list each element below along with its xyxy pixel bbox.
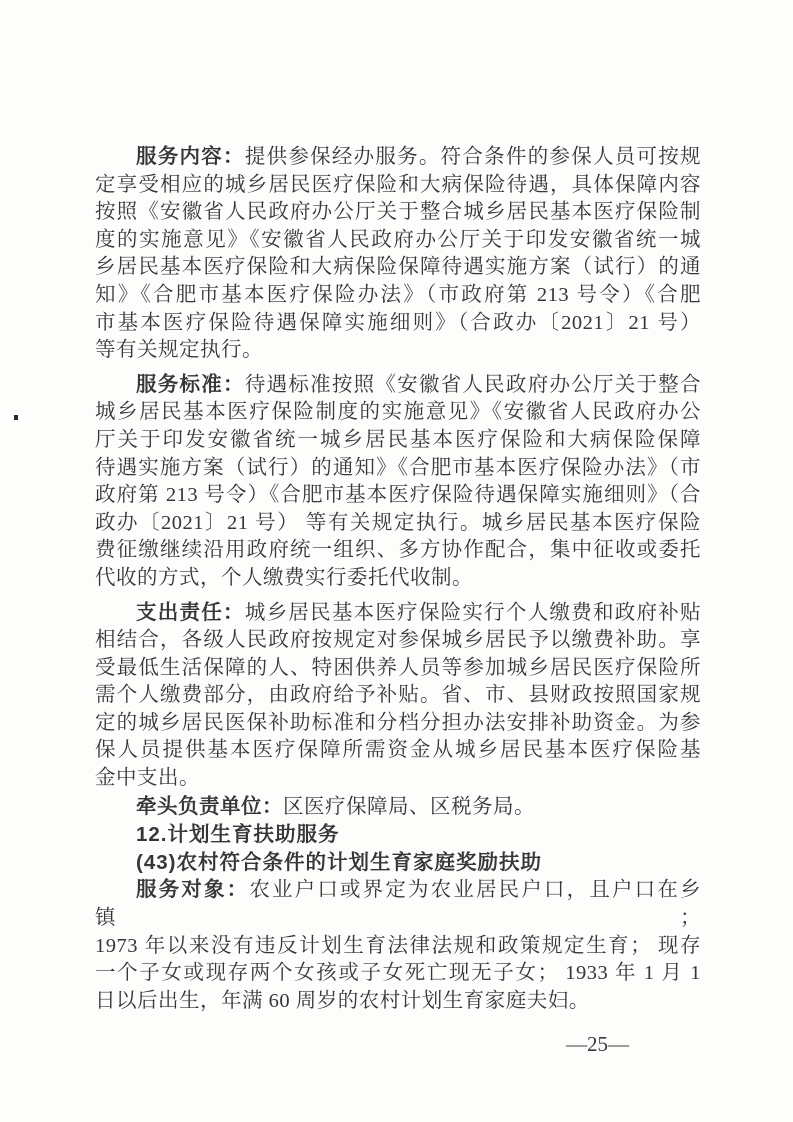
text-line: 一个子女或现存两个女孩或子女死亡现无子女； 1933 年 1 月 1 [95,960,701,988]
text-line: 服务内容：提供参保经办服务。符合条件的参保人员可按规 [95,143,701,172]
text-line: 待遇实施方案（试行）的通知》《合肥市基本医疗保险办法》（市 [95,455,701,483]
text-line: 政府第 213 号令）《合肥市基本医疗保险待遇保障实施细则》（合 [95,482,701,510]
section-heading: (43)农村符合条件的计划生育家庭奖励扶助 [95,849,701,877]
document-body: 服务内容：提供参保经办服务。符合条件的参保人员可按规定享受相应的城乡居民医疗保险… [95,143,701,1015]
section-heading: 12.计划生育扶助服务 [95,821,701,849]
text-line: 按照《安徽省人民政府办公厅关于整合城乡居民基本医疗保险制 [95,199,701,227]
text-line: 厅关于印发安徽省统一城乡居民基本医疗保险和大病保险保障 [95,427,701,455]
page-number: —25— [566,1032,629,1057]
text-line: 度的实施意见》《安徽省人民政府办公厅关于印发安徽省统一城 [95,227,701,255]
text-line: 相结合，各级人民政府按规定对参保城乡居民予以缴费补助。享 [95,627,701,655]
scanned-document-page: 服务内容：提供参保经办服务。符合条件的参保人员可按规定享受相应的城乡居民医疗保险… [0,0,793,1122]
text-line: 服务标准：待遇标准按照《安徽省人民政府办公厅关于整合 [95,371,701,400]
paragraph-text: 提供参保经办服务。符合条件的参保人员可按规 [245,146,701,168]
paragraph-label: 支出责任： [136,601,245,624]
text-line: 日以后出生，年满 60 周岁的农村计划生育家庭夫妇。 [95,988,701,1016]
paragraph-text: 区医疗保障局、区税务局。 [283,796,535,818]
text-line: 等有关规定执行。 [95,337,701,365]
text-line: 政办〔2021〕21 号） 等有关规定执行。城乡居民基本医疗保险 [95,510,701,538]
text-line: 定享受相应的城乡居民医疗保险和大病保险待遇，具体保障内容 [95,172,701,200]
paragraph-text: 城乡居民基本医疗保险实行个人缴费和政府补贴 [245,602,701,624]
text-line: 牵头负责单位：区医疗保障局、区税务局。 [95,793,701,822]
text-line: 服务对象：农业户口或界定为农业居民户口，且户口在乡镇； [95,876,701,932]
text-line: 1973 年以来没有违反计划生育法律法规和政策规定生育； 现存 [95,933,701,961]
text-line: 费征缴继续沿用政府统一组织、多方协作配合，集中征收或委托 [95,537,701,565]
paragraph-text: 待遇标准按照《安徽省人民政府办公厅关于整合 [245,374,701,396]
text-line: 受最低生活保障的人、特困供养人员等参加城乡居民医疗保险所 [95,655,701,683]
paragraph-label: 服务内容： [136,145,245,168]
text-line: 保人员提供基本医疗保障所需资金从城乡居民基本医疗保险基 [95,737,701,765]
paragraph-label: 牵头负责单位： [136,795,283,818]
text-line: 代收的方式，个人缴费实行委托代收制。 [95,565,701,593]
text-line: 知》《合肥市基本医疗保险办法》（市政府第 213 号令）《合肥 [95,282,701,310]
text-line: 金中支出。 [95,765,701,793]
text-line: 支出责任：城乡居民基本医疗保险实行个人缴费和政府补贴 [95,599,701,628]
text-line: 市基本医疗保险待遇保障实施细则》（合政办〔2021〕21 号） [95,310,701,338]
text-line: 城乡居民基本医疗保险制度的实施意见》《安徽省人民政府办公 [95,399,701,427]
scan-artifact-dot [14,415,18,420]
paragraph-label: 服务对象： [136,878,249,901]
text-line: 需个人缴费部分，由政府给予补贴。省、市、县财政按照国家规 [95,682,701,710]
text-line: 乡居民基本医疗保险和大病保险保障待遇实施方案（试行）的通 [95,254,701,282]
paragraph-label: 服务标准： [136,373,245,396]
text-line: 定的城乡居民医保补助标准和分档分担办法安排补助资金。为参 [95,710,701,738]
